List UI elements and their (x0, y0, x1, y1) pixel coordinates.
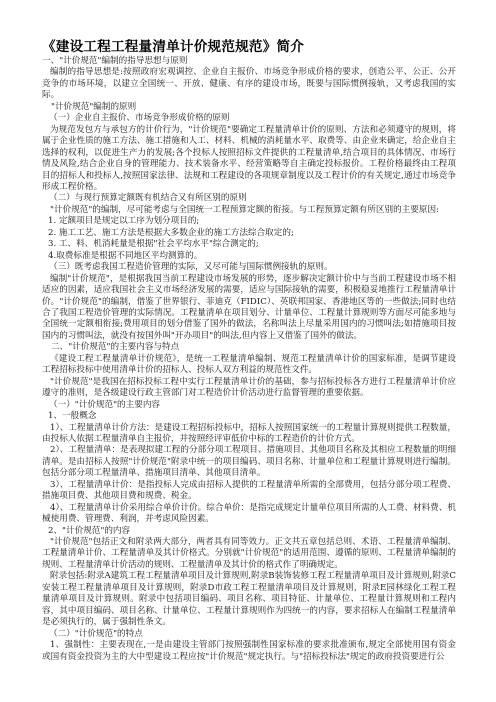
section-heading: 一、"计价规范"编制的指导思想与原则 (42, 56, 456, 67)
paragraph: 编制"计价规范"，是根据我国当前工程建设市场发展的形势，逐步解决定额计价中与当前… (42, 274, 456, 343)
document-body: 一、"计价规范"编制的指导思想与原则编制的指导思想是:按照政府宏观调控、企业自主… (42, 56, 456, 663)
paragraph: 2）、工程量清单：是表现拟建工程的分部分项工程项目、措施项目、其他项目名称及其相… (42, 445, 456, 479)
paragraph: 1）、工程量清单计价方法：是建设工程招标投标中，招标人按照国家统一的工程量计算规… (42, 423, 456, 446)
paragraph: "计价规范"是我国在招标投标工程中实行工程量清单计价的基础，参与招标投标各方进行… (42, 377, 456, 400)
clause-heading: （三）既考虑我国工程造价管理的实际，又尽可能与国际惯例接轨的原则。 (42, 262, 456, 273)
list-item: 3. 工、料、机消耗量是根据"社会平均水平"综合测定的; (42, 239, 456, 250)
clause-heading: （二）与现行预算定额既有机结合又有所区别的原则 (42, 193, 456, 204)
paragraph: 4）、工程量清单计价采用综合单价计价。综合单价：是指完成规定计量单位项目所需的人… (42, 503, 456, 526)
subsection-heading: 二、"计价规范"的主要内容与特点 (42, 342, 456, 353)
clause-heading: （一）"计价规范"的主要内容 (42, 400, 456, 411)
paragraph: 3）、工程量清单计价：是指投标人完成由招标人提供的工程量清单所需的全部费用，包括… (42, 480, 456, 503)
paragraph: 编制的指导思想是:按照政府宏观调控、企业自主报价、市场竞争形成价格的要求，创造公… (42, 67, 456, 101)
document-title: 《建设工程工程量清单计价规范规范》简介 (42, 38, 456, 56)
list-item: 2、"计价规范"的内容 (42, 526, 456, 537)
paragraph: 《建设工程工程量清单计价规范》，是统一工程量清单编制、规范工程量清单计价的国家标… (42, 354, 456, 377)
list-item: 2. 施工工艺、施工方法是根据大多数企业的施工方法综合取定的; (42, 228, 456, 239)
paragraph: "计价规范"包括正文和附录两大部分，两者具有同等效力。正文共五章包括总则、术语、… (42, 537, 456, 571)
paragraph: 附录包括:附录A建筑工程工程量清单项目及计算规则,附录B装饰装修工程工程量清单项… (42, 571, 456, 628)
list-item: 4.取费标准是根据不同地区平均测算的。 (42, 251, 456, 262)
paragraph: "计价规范"的编制，尽可能考虑与全国统一工程预算定额的衔接。与工程预算定额有所区… (42, 205, 456, 216)
list-item: 1. 定额项目是规定以工序为划分项目的; (42, 216, 456, 227)
clause-heading: （二）"计价规范"的特点 (42, 629, 456, 640)
clause-heading: （一）企业自主报价、市场竞争形成价格的原则 (42, 113, 456, 124)
document-page: 《建设工程工程量清单计价规范规范》简介 一、"计价规范"编制的指导思想与原则编制… (42, 38, 456, 663)
paragraph: 为规范发包方与承包方的计价行为，"计价规范"要确定工程量清单计价的原则、方法和必… (42, 125, 456, 194)
list-item: 1、一般概念 (42, 411, 456, 422)
paragraph: 1、强制性：主要表现在,一是由建设主管部门按照强制性国家标准的要求批准颁布,规定… (42, 640, 456, 663)
subsection-heading: "计价规范"编制的原则 (42, 102, 456, 113)
